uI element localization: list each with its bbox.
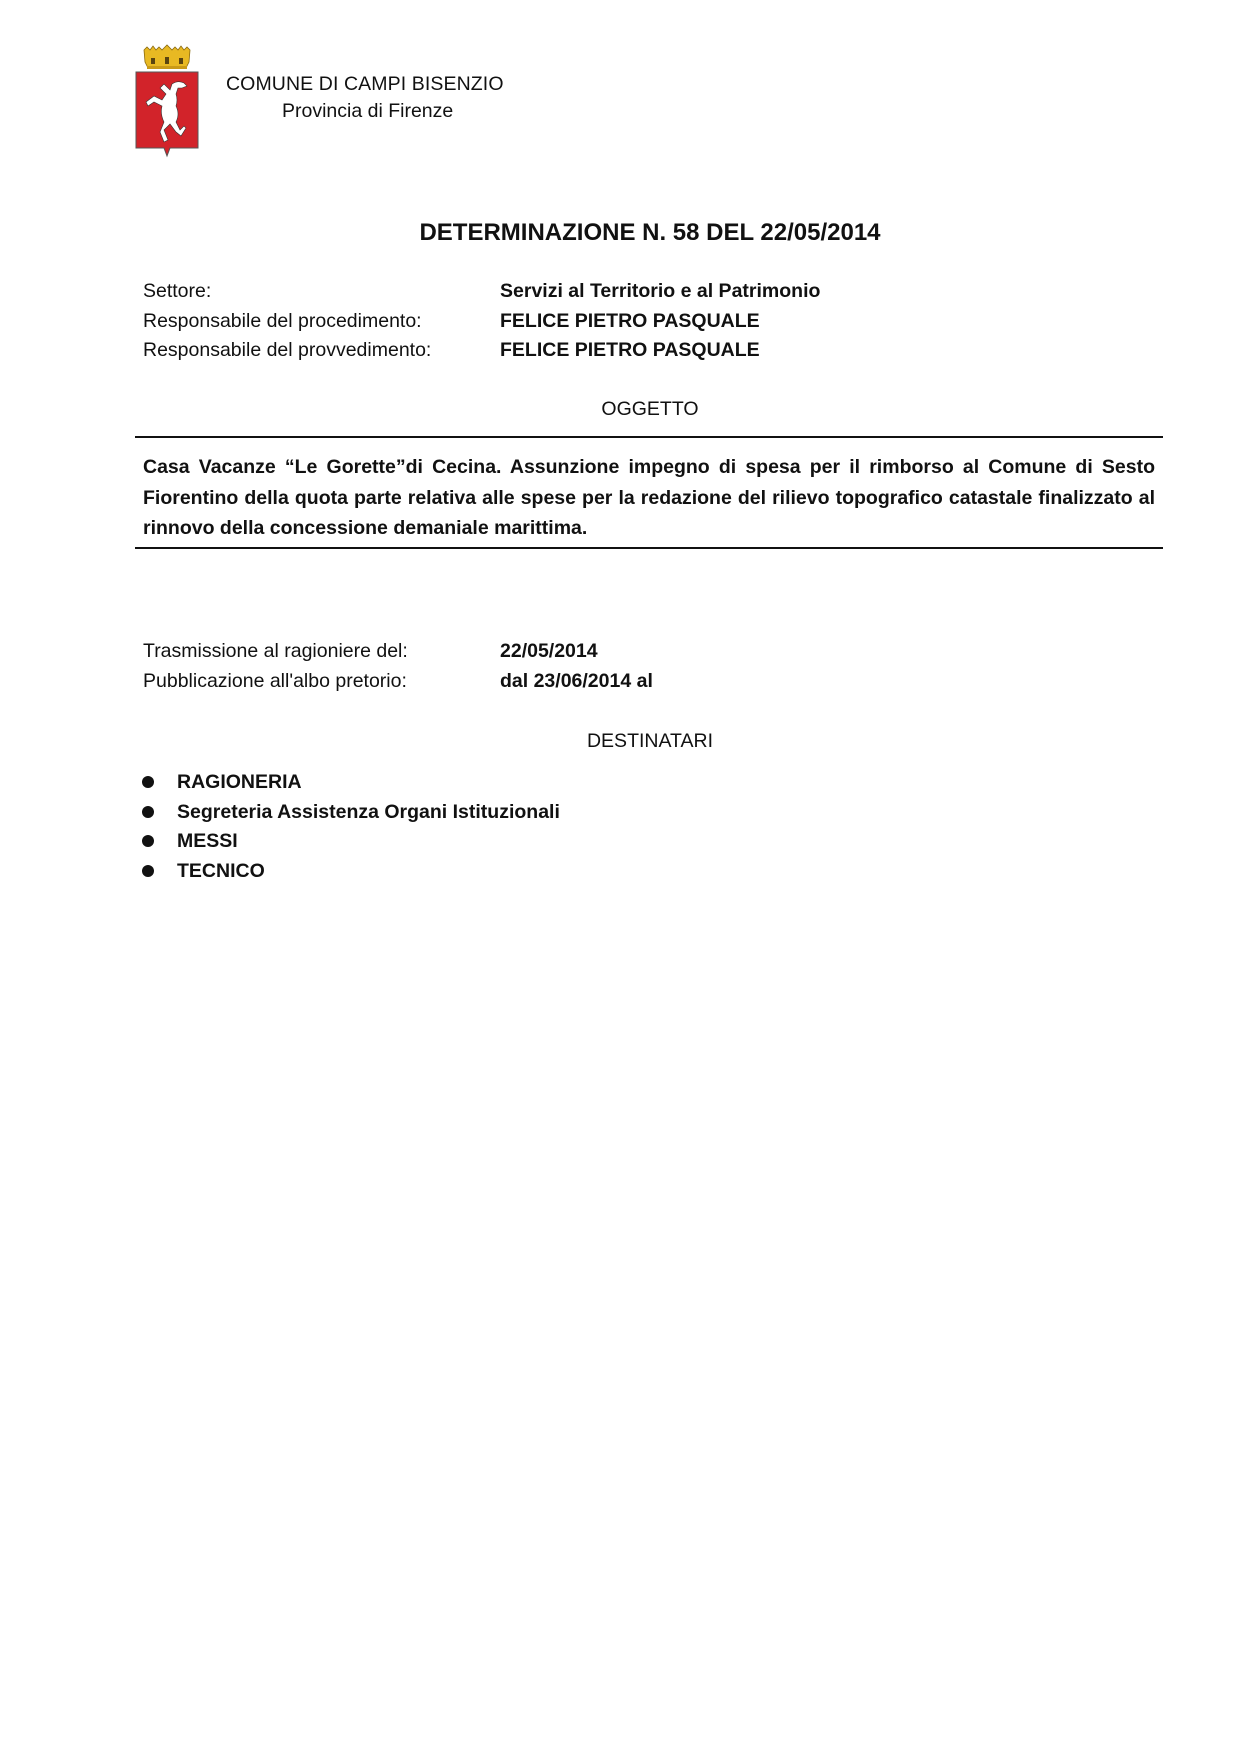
- metadata-value: FELICE PIETRO PASQUALE: [500, 339, 760, 362]
- metadata-value: Servizi al Territorio e al Patrimonio: [500, 280, 820, 303]
- bullet-icon: [142, 776, 154, 788]
- subject-heading: OGGETTO: [0, 398, 1240, 421]
- recipients-heading: DESTINATARI: [0, 730, 1240, 753]
- metadata-value: FELICE PIETRO PASQUALE: [500, 310, 760, 333]
- bullet-icon: [142, 835, 154, 847]
- bullet-icon: [142, 806, 154, 818]
- coat-of-arms-icon: [134, 44, 200, 160]
- subject-text: Casa Vacanze “Le Gorette”di Cecina. Assu…: [143, 452, 1155, 544]
- document-title: DETERMINAZIONE N. 58 DEL 22/05/2014: [0, 219, 1240, 247]
- metadata-label: Responsabile del procedimento:: [143, 310, 422, 333]
- recipient-name: MESSI: [177, 830, 238, 853]
- crown-icon: [144, 45, 190, 69]
- transmission-value: 22/05/2014: [500, 640, 598, 663]
- municipality-name: COMUNE DI CAMPI BISENZIO: [226, 73, 504, 96]
- metadata-label: Responsabile del provvedimento:: [143, 339, 431, 362]
- recipient-name: Segreteria Assistenza Organi Istituziona…: [177, 801, 560, 824]
- bullet-icon: [142, 865, 154, 877]
- metadata-label: Settore:: [143, 280, 211, 303]
- subject-top-divider: [135, 436, 1163, 438]
- publication-value: dal 23/06/2014 al: [500, 670, 653, 693]
- subject-bottom-divider: [135, 547, 1163, 549]
- coat-of-arms-logo: [134, 44, 200, 160]
- transmission-label: Trasmissione al ragioniere del:: [143, 640, 408, 663]
- recipient-name: RAGIONERIA: [177, 771, 302, 794]
- province-name: Provincia di Firenze: [282, 100, 453, 123]
- publication-label: Pubblicazione all'albo pretorio:: [143, 670, 407, 693]
- recipient-name: TECNICO: [177, 860, 265, 883]
